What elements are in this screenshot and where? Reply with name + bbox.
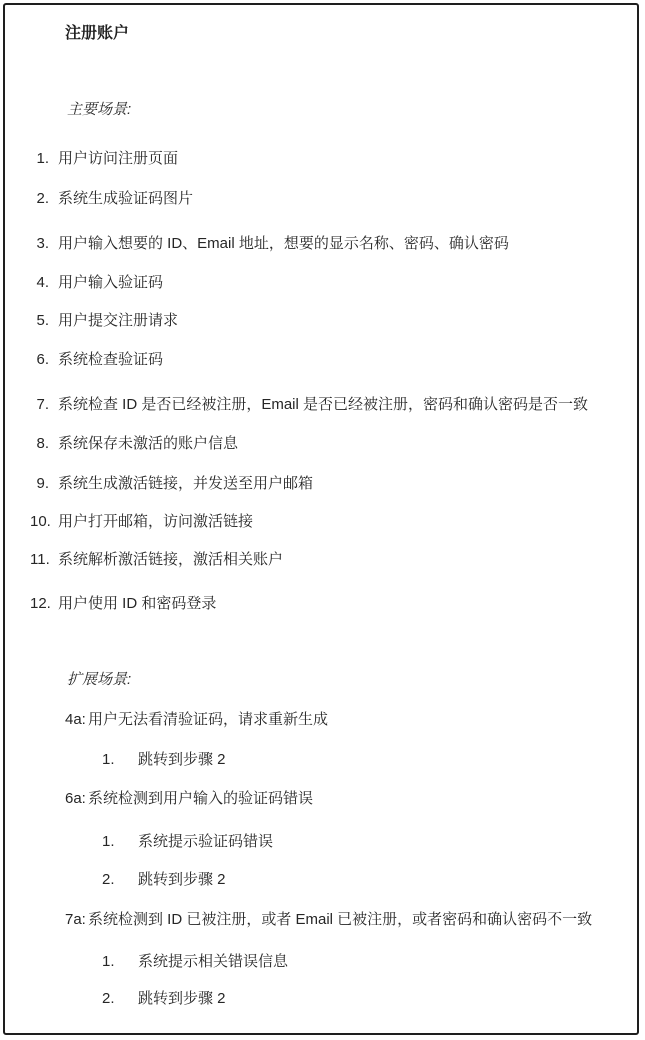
main-step-8: 8.系统保存未激活的账户信息	[30, 434, 238, 454]
step-number: 2.	[30, 189, 49, 209]
main-step-5: 5.用户提交注册请求	[30, 311, 178, 331]
main-step-9: 9.系统生成激活链接，并发送至用户邮箱	[30, 474, 313, 494]
step-text: 系统检查验证码	[58, 351, 163, 368]
substep-text: 系统提示相关错误信息	[138, 953, 288, 970]
main-step-3: 3.用户输入想要的 ID、Email 地址，想要的显示名称、密码、确认密码	[30, 234, 509, 254]
extension-scenario-heading: 扩展场景:	[67, 670, 131, 690]
step-number: 10.	[30, 512, 49, 532]
step-text: 用户访问注册页面	[58, 150, 178, 167]
substep-number: 2.	[102, 870, 115, 890]
step-number: 6.	[30, 350, 49, 370]
step-text: 系统解析激活链接，激活相关账户	[58, 551, 283, 568]
step-text: 系统生成激活链接，并发送至用户邮箱	[58, 475, 313, 492]
step-number: 1.	[30, 149, 49, 169]
extension-4a-step-1: 1.跳转到步骤 2	[102, 750, 226, 770]
substep-number: 1.	[102, 952, 115, 972]
extension-label: 4a:	[65, 710, 88, 730]
extension-label: 7a:	[65, 910, 88, 930]
extension-text: 系统检测到用户输入的验证码错误	[88, 790, 313, 807]
step-number: 11.	[30, 550, 49, 570]
substep-text: 跳转到步骤 2	[138, 751, 226, 768]
substep-number: 1.	[102, 750, 115, 770]
extension-6a-step-1: 1.系统提示验证码错误	[102, 832, 273, 852]
step-number: 5.	[30, 311, 49, 331]
extension-7a-step-1: 1.系统提示相关错误信息	[102, 952, 288, 972]
extension-text: 系统检测到 ID 已被注册，或者 Email 已被注册，或者密码和确认密码不一致	[88, 911, 592, 928]
step-text: 系统保存未激活的账户信息	[58, 435, 238, 452]
main-step-10: 10.用户打开邮箱，访问激活链接	[30, 512, 253, 532]
step-text: 用户打开邮箱，访问激活链接	[58, 513, 253, 530]
extension-7a: 7a:系统检测到 ID 已被注册，或者 Email 已被注册，或者密码和确认密码…	[65, 910, 592, 930]
substep-text: 系统提示验证码错误	[138, 833, 273, 850]
step-number: 7.	[30, 395, 49, 415]
step-number: 4.	[30, 273, 49, 293]
main-step-6: 6.系统检查验证码	[30, 350, 163, 370]
document-canvas: 注册账户 主要场景: 1.用户访问注册页面 2.系统生成验证码图片 3.用户输入…	[0, 0, 645, 1040]
extension-label: 6a:	[65, 789, 88, 809]
extension-4a: 4a:用户无法看清验证码，请求重新生成	[65, 710, 328, 730]
extension-text: 用户无法看清验证码，请求重新生成	[88, 711, 328, 728]
step-number: 3.	[30, 234, 49, 254]
step-text: 系统检查 ID 是否已经被注册，Email 是否已经被注册，密码和确认密码是否一…	[58, 396, 588, 413]
step-number: 12.	[30, 594, 49, 614]
substep-number: 2.	[102, 989, 115, 1009]
substep-number: 1.	[102, 832, 115, 852]
main-step-7: 7.系统检查 ID 是否已经被注册，Email 是否已经被注册，密码和确认密码是…	[30, 395, 588, 415]
step-text: 系统生成验证码图片	[58, 190, 193, 207]
step-text: 用户使用 ID 和密码登录	[58, 595, 216, 612]
extension-6a: 6a:系统检测到用户输入的验证码错误	[65, 789, 313, 809]
step-number: 9.	[30, 474, 49, 494]
step-text: 用户输入想要的 ID、Email 地址，想要的显示名称、密码、确认密码	[58, 235, 509, 252]
main-step-1: 1.用户访问注册页面	[30, 149, 178, 169]
main-step-12: 12.用户使用 ID 和密码登录	[30, 594, 216, 614]
extension-6a-step-2: 2.跳转到步骤 2	[102, 870, 226, 890]
document-title: 注册账户	[65, 24, 129, 44]
main-scenario-heading: 主要场景:	[67, 100, 131, 120]
substep-text: 跳转到步骤 2	[138, 990, 226, 1007]
substep-text: 跳转到步骤 2	[138, 871, 226, 888]
step-text: 用户输入验证码	[58, 274, 163, 291]
step-number: 8.	[30, 434, 49, 454]
step-text: 用户提交注册请求	[58, 312, 178, 329]
main-step-2: 2.系统生成验证码图片	[30, 189, 193, 209]
main-step-4: 4.用户输入验证码	[30, 273, 163, 293]
extension-7a-step-2: 2.跳转到步骤 2	[102, 989, 226, 1009]
main-step-11: 11.系统解析激活链接，激活相关账户	[30, 550, 283, 570]
